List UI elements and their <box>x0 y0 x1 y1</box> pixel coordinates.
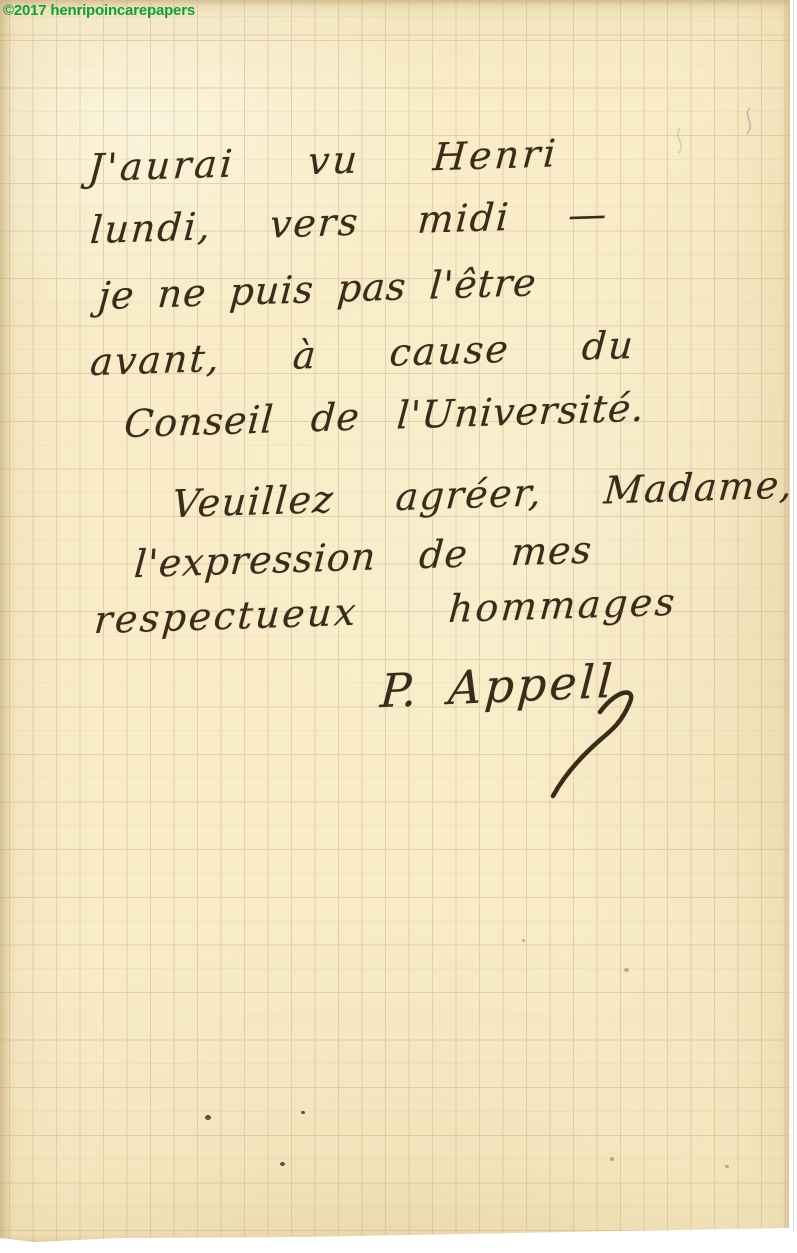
handwriting-line-4: avant, à cause du <box>89 323 637 384</box>
copyright-watermark: ©2017 henripoincarepapers <box>3 2 195 19</box>
paper-speck <box>522 939 525 942</box>
scanned-letter-viewport: { "watermark": { "text": "©2017 henripoi… <box>0 0 797 1253</box>
handwriting-line-7: l'expression de mes <box>133 528 594 587</box>
handwriting-line-2: lundi, vers midi — <box>89 192 610 252</box>
paper-speck <box>301 1111 305 1114</box>
paper-speck <box>624 968 629 972</box>
handwriting-line-1: J'aurai vu Henri <box>87 131 560 190</box>
paper-speck <box>205 1115 211 1120</box>
signature: P.Appell <box>379 654 617 718</box>
handwriting-line-6: Veuillez agréer, Madame, <box>171 462 795 526</box>
paper-speck <box>610 1157 614 1161</box>
handwriting-line-5: Conseil de l'Université. <box>123 386 647 446</box>
scanner-edge-shadow <box>793 0 794 1232</box>
paper-speck <box>280 1162 285 1166</box>
signature-surname: Appell <box>447 654 617 715</box>
paper-speck <box>725 1165 729 1168</box>
handwriting-line-8: respectueux hommages <box>93 580 679 642</box>
signature-initial: P. <box>379 662 419 718</box>
handwriting-line-3: je ne puis pas l'être <box>97 260 539 318</box>
letter-page: ©2017 henripoincarepapers J'aurai vu Hen… <box>0 0 790 1243</box>
